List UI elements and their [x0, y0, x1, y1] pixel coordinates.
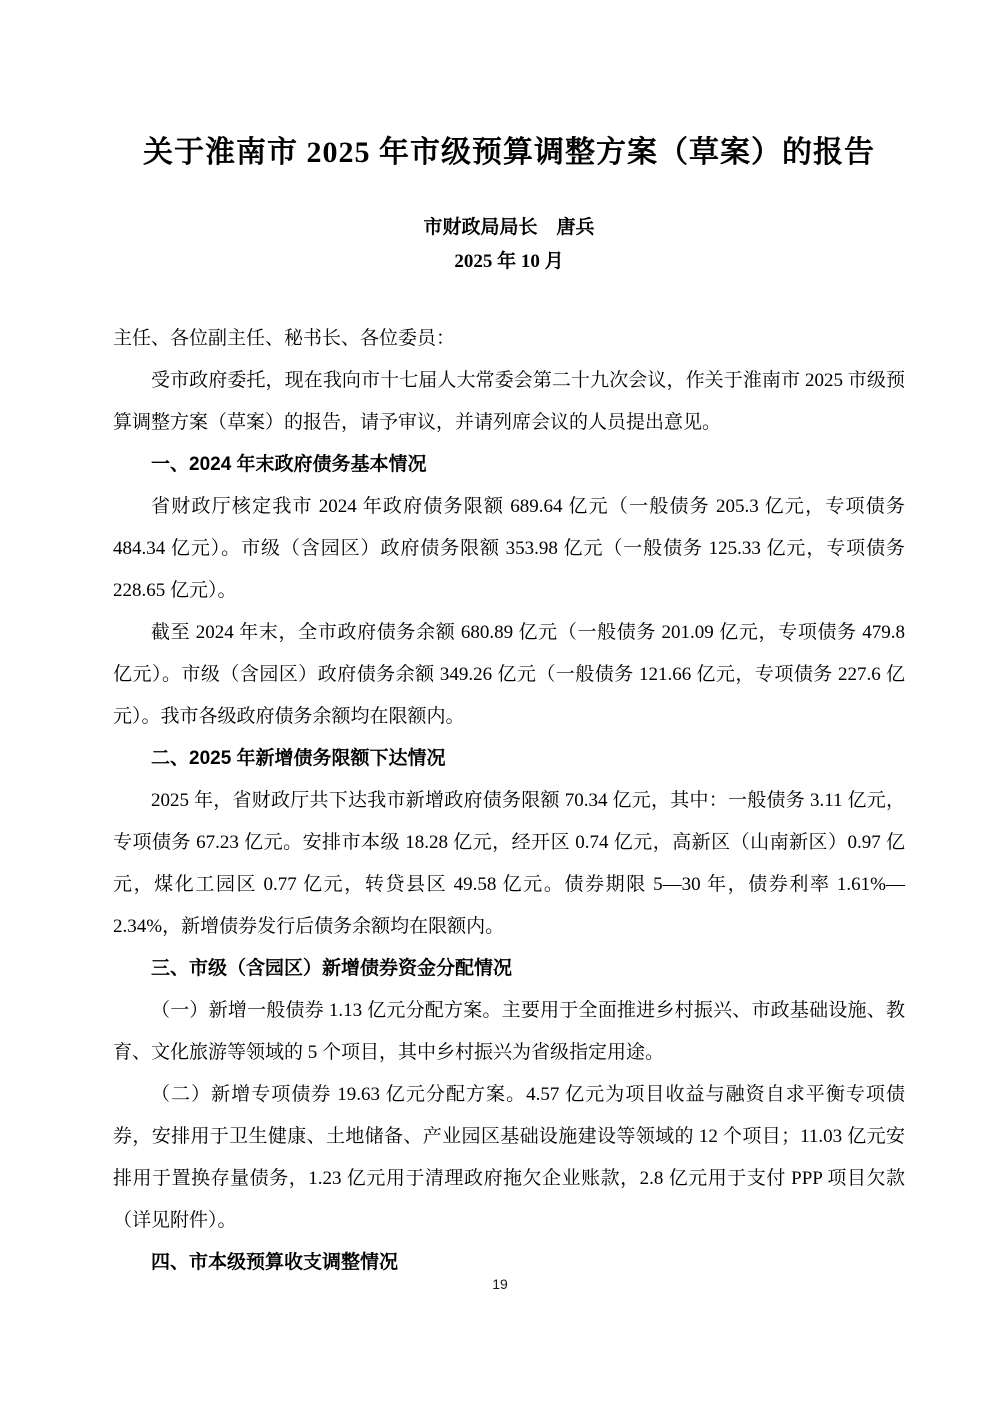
document-title: 关于淮南市 2025 年市级预算调整方案（草案）的报告 — [113, 0, 905, 172]
salutation-line: 主任、各位副主任、秘书长、各位委员： — [113, 318, 905, 360]
section-heading-2: 二、2025 年新增债务限额下达情况 — [113, 738, 905, 780]
paragraph-general-bonds: （一）新增一般债券 1.13 亿元分配方案。主要用于全面推进乡村振兴、市政基础设… — [113, 990, 905, 1074]
document-byline: 市财政局局长 唐兵 — [113, 216, 905, 240]
section-heading-1: 一、2024 年末政府债务基本情况 — [113, 444, 905, 486]
section-heading-3: 三、市级（含园区）新增债券资金分配情况 — [113, 948, 905, 990]
document-dateline: 2025 年 10 月 — [113, 250, 905, 274]
document-content: 关于淮南市 2025 年市级预算调整方案（草案）的报告 市财政局局长 唐兵 20… — [113, 0, 905, 1284]
paragraph-debt-balance: 截至 2024 年末，全市政府债务余额 680.89 亿元（一般债务 201.0… — [113, 612, 905, 738]
paragraph-debt-limit: 省财政厅核定我市 2024 年政府债务限额 689.64 亿元（一般债务 205… — [113, 486, 905, 612]
document-body: 主任、各位副主任、秘书长、各位委员： 受市政府委托，现在我向市十七届人大常委会第… — [113, 318, 905, 1284]
paragraph-special-bonds: （二）新增专项债券 19.63 亿元分配方案。4.57 亿元为项目收益与融资自求… — [113, 1074, 905, 1242]
document-page: 关于淮南市 2025 年市级预算调整方案（草案）的报告 市财政局局长 唐兵 20… — [0, 0, 1000, 1415]
paragraph-intro: 受市政府委托，现在我向市十七届人大常委会第二十九次会议，作关于淮南市 2025 … — [113, 360, 905, 444]
page-number: 19 — [0, 1276, 1000, 1292]
paragraph-new-debt-limit: 2025 年，省财政厅共下达我市新增政府债务限额 70.34 亿元，其中：一般债… — [113, 780, 905, 948]
